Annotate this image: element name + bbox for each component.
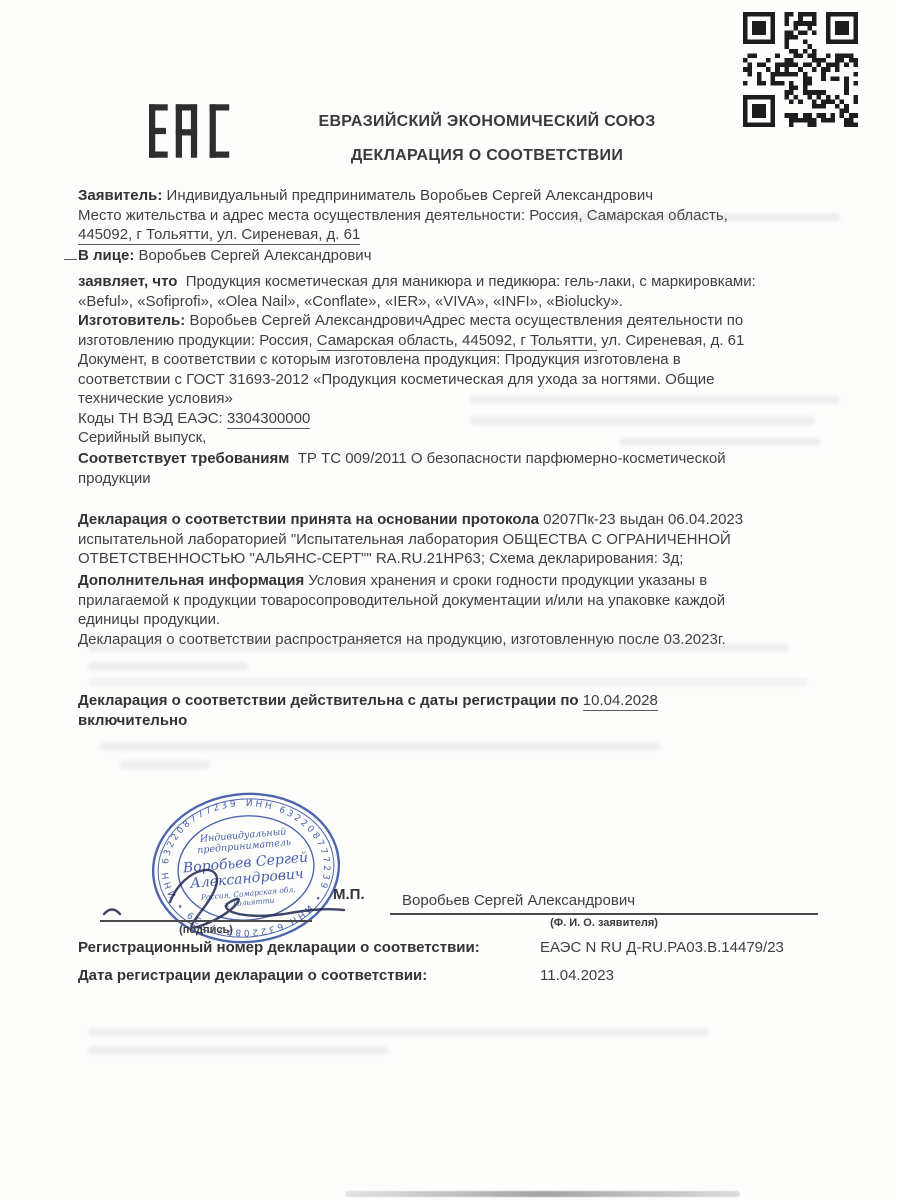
page-edge-shadow <box>345 1191 740 1197</box>
applicant-name: Индивидуальный предприниматель Воробьев … <box>167 187 654 204</box>
validity-label: Декларация о соответствии действительна … <box>78 692 583 709</box>
tnved-label: Коды ТН ВЭД ЕАЭС: <box>78 410 227 427</box>
compliance-paragraph: Соответствует требованиям ТР ТС 009/2011… <box>78 449 726 488</box>
registration-number-value: ЕАЭС N RU Д-RU.РА03.В.14479/23 <box>540 939 784 956</box>
bleed-through-line <box>470 395 840 404</box>
person-label: В лице: <box>78 247 134 264</box>
additional-line1-rest: Условия хранения и сроки годности продук… <box>308 572 707 589</box>
brands-line: «Beful», «Sofiprofi», «Olea Nail», «Conf… <box>78 292 756 312</box>
qr-code-icon <box>743 12 858 127</box>
basis-line2: испытательной лабораторией "Испытательна… <box>78 530 743 550</box>
applicant-address-line2: 445092, г Тольятти, ул. Сиреневая, д. 61 <box>78 226 360 245</box>
compliance-text-line1: ТР ТС 009/2011 О безопасности парфюмерно… <box>298 450 726 467</box>
union-title: ЕВРАЗИЙСКИЙ ЭКОНОМИЧЕСКИЙ СОЮЗ <box>187 113 787 131</box>
bleed-through-line <box>620 437 820 446</box>
registration-date-value: 11.04.2023 <box>540 967 614 984</box>
additional-line2: прилагаемой к продукции товаросопроводит… <box>78 591 726 611</box>
basis-line3: ОТВЕТСТВЕННОСТЬЮ "АЛЬЯНС-СЕРТ"" RA.RU.21… <box>78 549 743 569</box>
additional-label: Дополнительная информация <box>78 572 304 589</box>
bleed-through-line <box>470 416 815 425</box>
signature-caption: (подпись) <box>100 924 312 936</box>
validity-paragraph: Декларация о соответствии действительна … <box>78 691 658 730</box>
document-line1: Документ, в соответствии с которым изгот… <box>78 350 756 370</box>
compliance-label: Соответствует требованиям <box>78 450 289 467</box>
additional-line3: единицы продукции. <box>78 610 726 630</box>
declares-label: заявляет, что <box>78 273 177 290</box>
manufacturer-line1: Воробьев Сергей АлександровичАдрес места… <box>189 312 743 329</box>
additional-paragraph: Дополнительная информация Условия хранен… <box>78 571 726 649</box>
manufacturer-line2-pre: изготовлению продукции: Россия, <box>78 332 317 349</box>
product-description: Продукция косметическая для маникюра и п… <box>186 273 756 290</box>
doc-title: ДЕКЛАРАЦИЯ О СООТВЕТСТВИИ <box>187 147 787 165</box>
document-line2: соответствии с ГОСТ 31693-2012 «Продукци… <box>78 370 756 390</box>
person-name: Воробьев Сергей Александрович <box>138 247 371 264</box>
manufacturer-label: Изготовитель: <box>78 312 185 329</box>
manufacturer-line2-underlined: Самарская область, 445092, г Тольятти, <box>317 332 597 351</box>
declaration-document-page: ЕВРАЗИЙСКИЙ ЭКОНОМИЧЕСКИЙ СОЮЗ ДЕКЛАРАЦИ… <box>0 0 900 1200</box>
registration-number-label: Регистрационный номер декларации о соотв… <box>78 939 480 956</box>
manufacturer-line2-post: ул. Сиреневая, д. 61 <box>597 332 744 349</box>
validity-date: 10.04.2028 <box>583 692 658 711</box>
applicant-label: Заявитель: <box>78 187 162 204</box>
lead-underline <box>64 246 77 260</box>
bleed-through-line <box>88 678 808 687</box>
bleed-through-line <box>100 742 660 751</box>
bleed-through-line <box>88 662 248 671</box>
basis-label: Декларация о соответствии принята на осн… <box>78 511 539 528</box>
tnved-code: 3304300000 <box>227 410 310 429</box>
stamp-place-label: М.П. <box>333 886 365 903</box>
bleed-through-line <box>88 643 788 652</box>
person-line: В лице: Воробьев Сергей Александрович <box>64 246 372 266</box>
validity-suffix: включительно <box>78 711 658 731</box>
bleed-through-line <box>555 213 840 222</box>
registration-date-label: Дата регистрации декларации о соответств… <box>78 967 427 984</box>
bleed-through-line <box>120 760 210 769</box>
compliance-text-line2: продукции <box>78 469 726 489</box>
bleed-through-line <box>88 1028 708 1037</box>
name-line <box>390 913 818 915</box>
name-caption: (Ф. И. О. заявителя) <box>390 917 818 929</box>
bleed-through-line <box>88 1046 388 1055</box>
signature-line <box>100 920 312 922</box>
basis-line1-rest: 0207Пк-23 выдан 06.04.2023 <box>543 511 743 528</box>
basis-paragraph: Декларация о соответствии принята на осн… <box>78 510 743 569</box>
signatory-name: Воробьев Сергей Александрович <box>402 891 635 911</box>
